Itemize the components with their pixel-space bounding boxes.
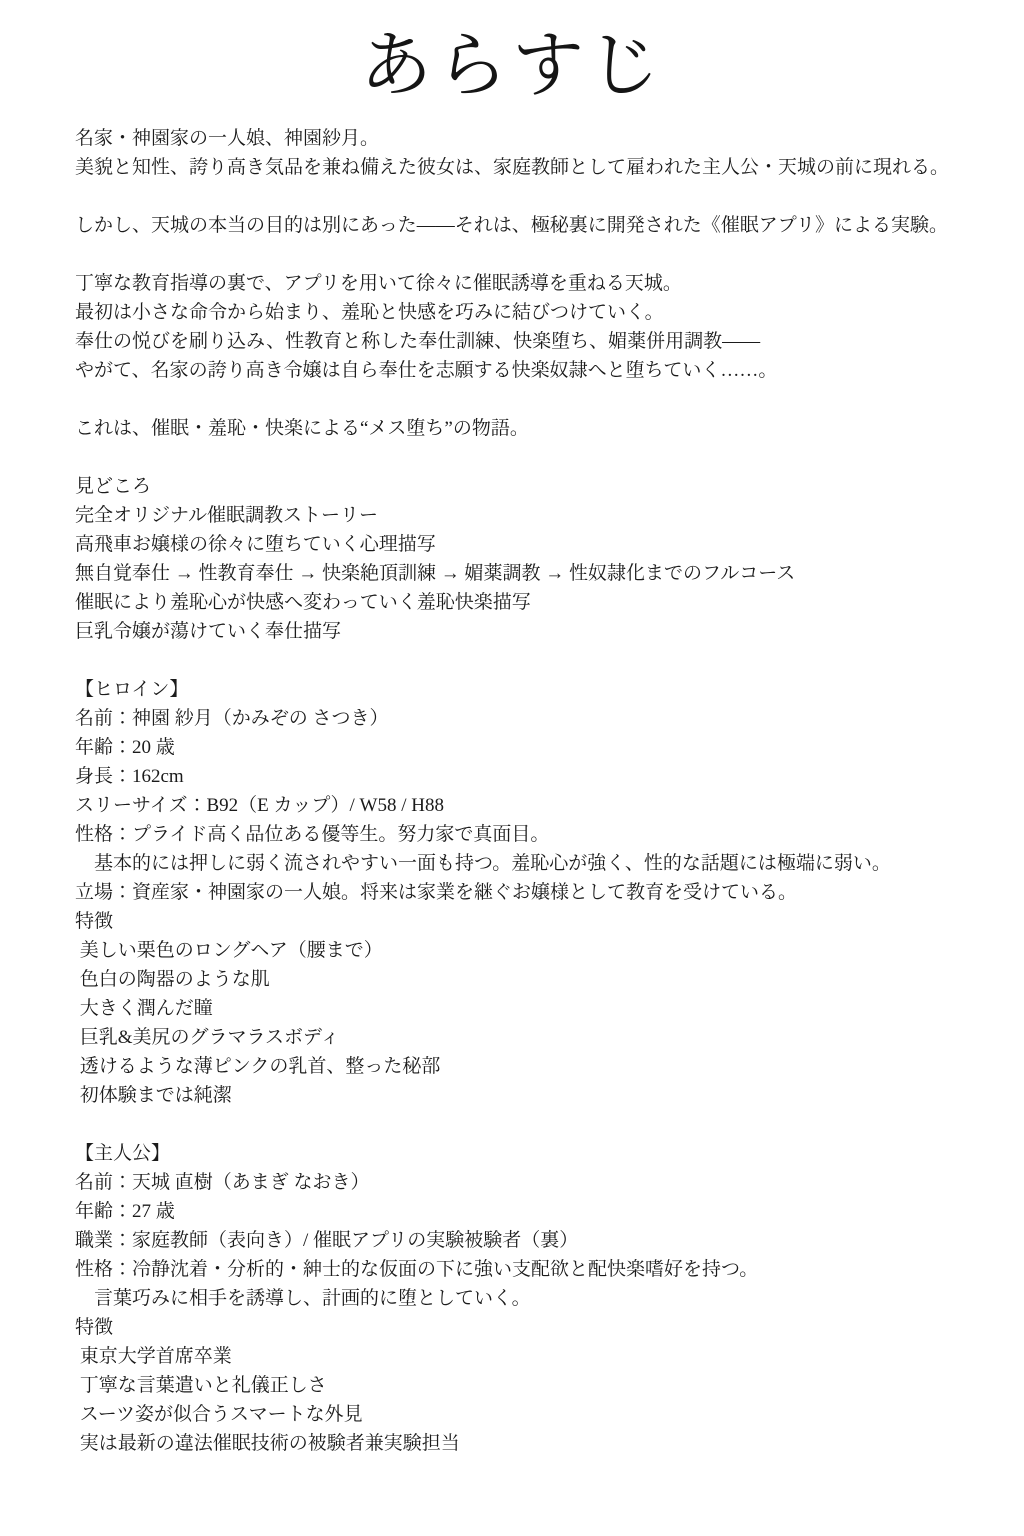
text-line: 完全オリジナル催眠調教ストーリー xyxy=(75,501,984,530)
text-line: 年齢：20 歳 xyxy=(75,733,984,762)
text-line: 無自覚奉仕 → 性教育奉仕 → 快楽絶頂訓練 → 媚薬調教 → 性奴隷化までのフ… xyxy=(75,559,984,588)
text-line: 色白の陶器のような肌 xyxy=(75,965,984,994)
text-line: 身長：162cm xyxy=(75,762,984,791)
blank-line xyxy=(75,385,984,414)
text-line: 美しい栗色のロングヘア（腰まで） xyxy=(75,936,984,965)
text-line: しかし、天城の本当の目的は別にあった――それは、極秘裏に開発された《催眠アプリ》… xyxy=(75,211,984,240)
page-title: あらすじ xyxy=(0,26,1024,106)
text-line: 特徴 xyxy=(75,1313,984,1342)
text-line: 【ヒロイン】 xyxy=(75,675,984,704)
text-line: 年齢：27 歳 xyxy=(75,1197,984,1226)
text-line: 職業：家庭教師（表向き）/ 催眠アプリの実験被験者（裏） xyxy=(75,1226,984,1255)
text-line: 催眠により羞恥心が快感へ変わっていく羞恥快楽描写 xyxy=(75,588,984,617)
blank-line xyxy=(75,182,984,211)
text-line: 巨乳令嬢が蕩けていく奉仕描写 xyxy=(75,617,984,646)
text-line: 初体験までは純潔 xyxy=(75,1081,984,1110)
text-line: 【主人公】 xyxy=(75,1139,984,1168)
text-line: 高飛車お嬢様の徐々に堕ちていく心理描写 xyxy=(75,530,984,559)
text-line: 名前：天城 直樹（あまぎ なおき） xyxy=(75,1168,984,1197)
text-line: 巨乳&美尻のグラマラスボディ xyxy=(75,1023,984,1052)
blank-line xyxy=(75,240,984,269)
text-line: 名家・神園家の一人娘、神園紗月。 xyxy=(75,124,984,153)
text-line: 特徴 xyxy=(75,907,984,936)
text-line: 名前：神園 紗月（かみぞの さつき） xyxy=(75,704,984,733)
text-line: 実は最新の違法催眠技術の被験者兼実験担当 xyxy=(75,1429,984,1458)
text-line: 奉仕の悦びを刷り込み、性教育と称した奉仕訓練、快楽堕ち、媚薬併用調教―― xyxy=(75,327,984,356)
text-line: 透けるような薄ピンクの乳首、整った秘部 xyxy=(75,1052,984,1081)
text-line: 言葉巧みに相手を誘導し、計画的に堕としていく。 xyxy=(75,1284,984,1313)
text-line: 最初は小さな命令から始まり、羞恥と快感を巧みに結びつけていく。 xyxy=(75,298,984,327)
text-line: スリーサイズ：B92（E カップ）/ W58 / H88 xyxy=(75,791,984,820)
text-line: 性格：プライド高く品位ある優等生。努力家で真面目。 xyxy=(75,820,984,849)
text-line: 基本的には押しに弱く流されやすい一面も持つ。羞恥心が強く、性的な話題には極端に弱… xyxy=(75,849,984,878)
text-line: 見どころ xyxy=(75,472,984,501)
text-line: やがて、名家の誇り高き令嬢は自ら奉仕を志願する快楽奴隷へと堕ちていく……。 xyxy=(75,356,984,385)
blank-line xyxy=(75,443,984,472)
synopsis-body: 名家・神園家の一人娘、神園紗月。美貌と知性、誇り高き気品を兼ね備えた彼女は、家庭… xyxy=(0,124,1024,1458)
text-line: スーツ姿が似合うスマートな外見 xyxy=(75,1400,984,1429)
text-line: 立場：資産家・神園家の一人娘。将来は家業を継ぐお嬢様として教育を受けている。 xyxy=(75,878,984,907)
blank-line xyxy=(75,646,984,675)
document-page: あらすじ 名家・神園家の一人娘、神園紗月。美貌と知性、誇り高き気品を兼ね備えた彼… xyxy=(0,0,1024,1536)
text-line: 丁寧な言葉遣いと礼儀正しさ xyxy=(75,1371,984,1400)
text-line: 性格：冷静沈着・分析的・紳士的な仮面の下に強い支配欲と配快楽嗜好を持つ。 xyxy=(75,1255,984,1284)
text-line: 東京大学首席卒業 xyxy=(75,1342,984,1371)
text-line: 美貌と知性、誇り高き気品を兼ね備えた彼女は、家庭教師として雇われた主人公・天城の… xyxy=(75,153,984,182)
text-line: 大きく潤んだ瞳 xyxy=(75,994,984,1023)
text-line: これは、催眠・羞恥・快楽による“メス堕ち”の物語。 xyxy=(75,414,984,443)
text-line: 丁寧な教育指導の裏で、アプリを用いて徐々に催眠誘導を重ねる天城。 xyxy=(75,269,984,298)
blank-line xyxy=(75,1110,984,1139)
